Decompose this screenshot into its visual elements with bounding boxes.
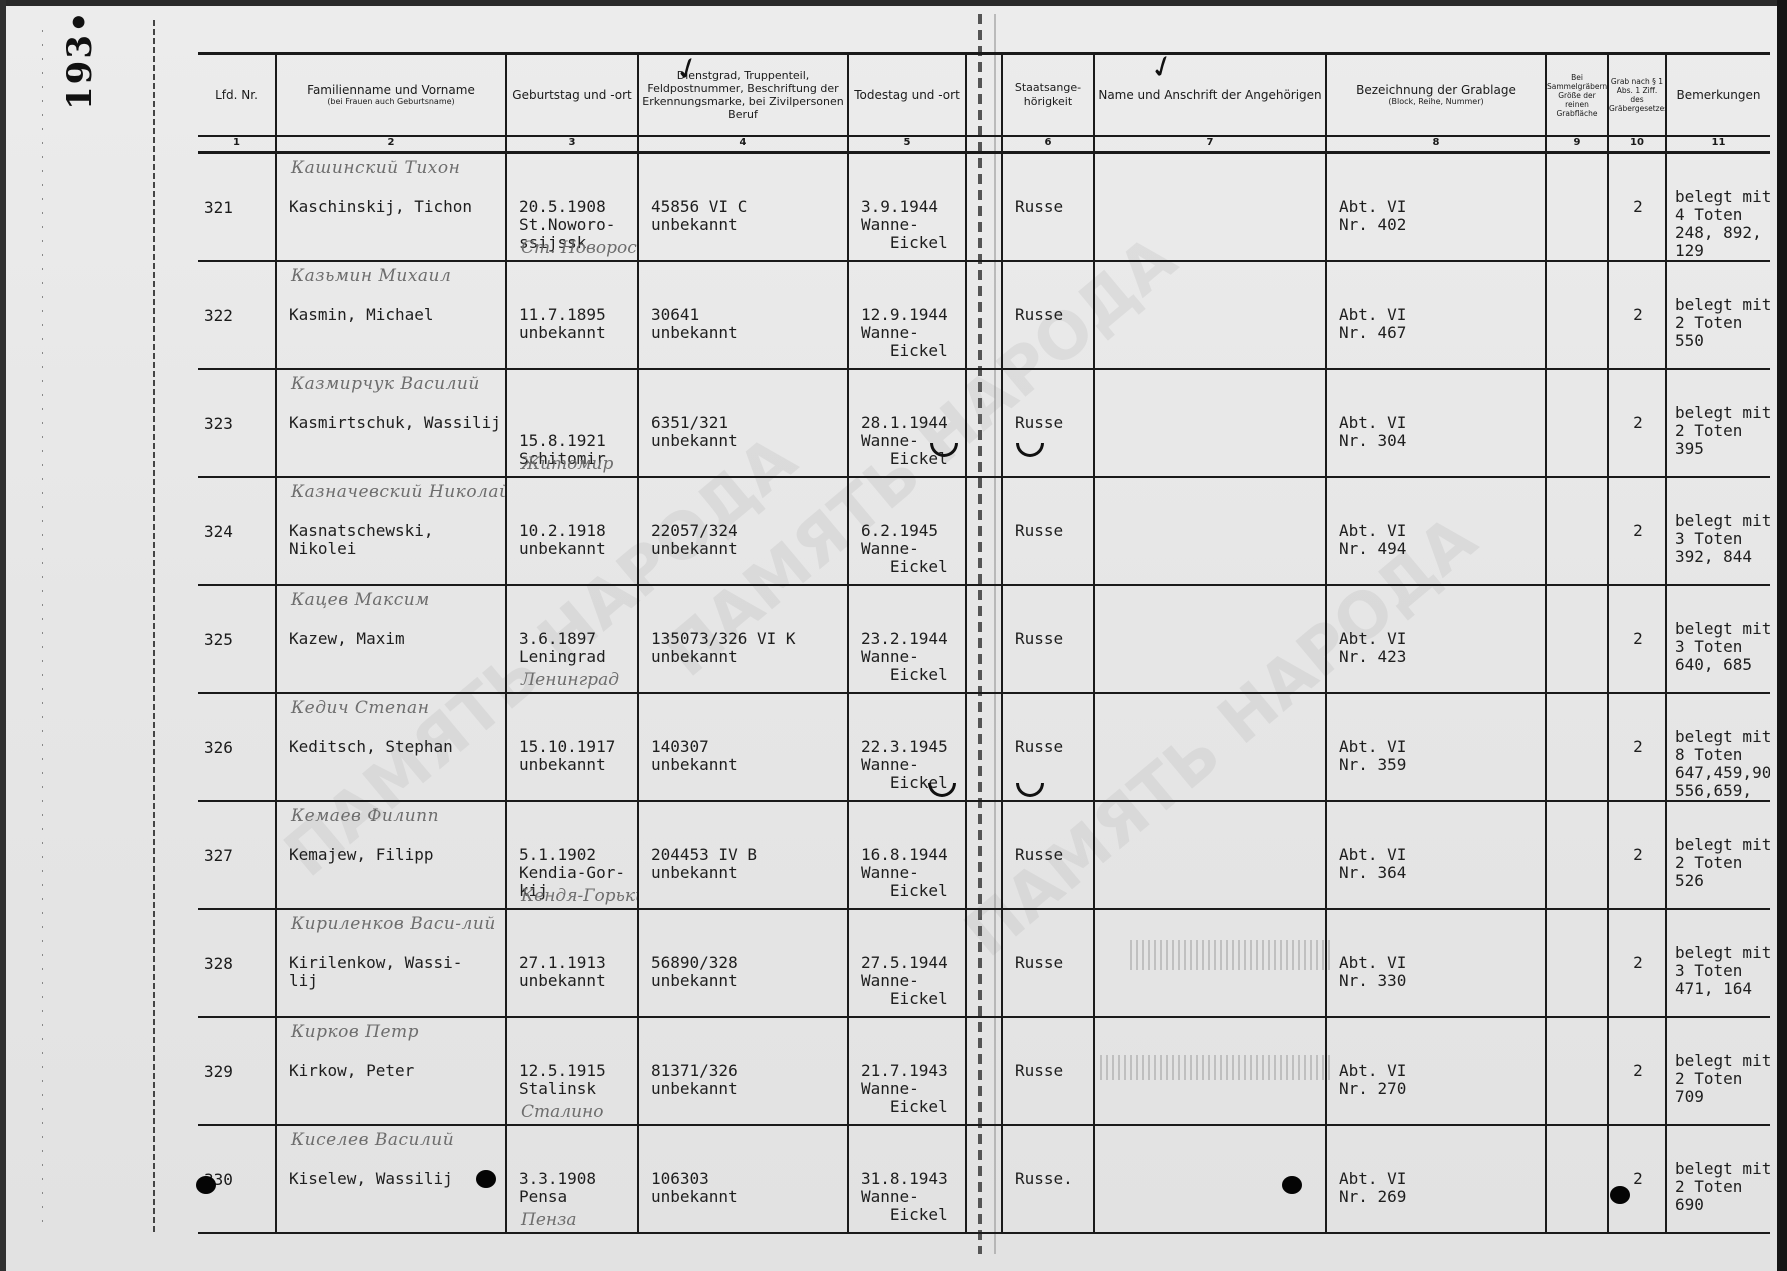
grave-location: Abt. VI Nr. 269	[1339, 1170, 1406, 1206]
col-header-remarks: Bemerkungen	[1666, 54, 1770, 137]
grave-location: Abt. VI Nr. 494	[1339, 522, 1406, 558]
cell-grave-law: 2	[1608, 477, 1666, 585]
death-typed: 23.2.1944 Wanne- Eickel	[861, 630, 948, 684]
death-typed: 27.5.1944 Wanne- Eickel	[861, 954, 948, 1008]
cell-grave-law: 2	[1608, 693, 1666, 801]
cell-birth: 5.1.1902 Kendia-Gor- kijКендя-Горький	[506, 801, 638, 909]
lfd-nr: 324	[204, 522, 271, 541]
fold-gap	[966, 136, 1002, 153]
fold-gap	[966, 477, 1002, 585]
cell-remarks: belegt mit 3 Toten 392, 844	[1666, 477, 1770, 585]
cell-grave: Abt. VI Nr. 269	[1326, 1125, 1546, 1233]
cell-relatives	[1094, 693, 1326, 801]
cell-death: 28.1.1944 Wanne- Eickel	[848, 369, 966, 477]
grave-law-value: 2	[1615, 306, 1661, 324]
cell-remarks: belegt mit 2 Toten 526	[1666, 801, 1770, 909]
fold-gap	[966, 54, 1002, 137]
cell-relatives	[1094, 477, 1326, 585]
fold-gap	[966, 261, 1002, 369]
cell-remarks: belegt mit 2 Toten 709	[1666, 1017, 1770, 1125]
cell-relatives	[1094, 585, 1326, 693]
cell-grave-law: 2	[1608, 261, 1666, 369]
grave-law-value: 2	[1615, 522, 1661, 540]
cell-grave: Abt. VI Nr. 304	[1326, 369, 1546, 477]
unit-typed: 204453 IV B unbekannt	[651, 846, 757, 882]
cell-collective	[1546, 1017, 1608, 1125]
name-handwritten: Казьмин Михаил	[291, 266, 451, 286]
nationality-typed: Russe	[1015, 1062, 1063, 1080]
cell-name: Казначевский НиколайKasnatschewski, Niko…	[276, 477, 506, 585]
remarks-typed: belegt mit 2 Toten 395	[1675, 404, 1770, 458]
cell-name: Кедич СтепанKeditsch, Stephan	[276, 693, 506, 801]
cell-death: 12.9.1944 Wanne- Eickel	[848, 261, 966, 369]
col-num: 9	[1546, 136, 1608, 153]
cell-collective	[1546, 909, 1608, 1017]
name-handwritten: Кемаев Филипп	[291, 806, 439, 826]
fold-gap	[966, 1125, 1002, 1233]
name-typed: Kirilenkow, Wassi- lij	[289, 954, 462, 990]
col-header-name: Familienname und Vorname(bei Frauen auch…	[276, 54, 506, 137]
name-handwritten: Кашинский Тихон	[291, 158, 460, 178]
grave-location: Abt. VI Nr. 359	[1339, 738, 1406, 774]
col-header-unit: Dienstgrad, Truppenteil, Feldpostnummer,…	[638, 54, 848, 137]
cell-unit: 81371/326 unbekannt	[638, 1017, 848, 1125]
remarks-typed: belegt mit 3 Toten 392, 844	[1675, 512, 1770, 566]
cell-birth: 15.8.1921 SchitomirЖитомир	[506, 369, 638, 477]
name-typed: Kiselew, Wassilij	[289, 1170, 453, 1188]
name-typed: Kemajew, Filipp	[289, 846, 434, 864]
remarks-typed: belegt mit 2 Toten 550	[1675, 296, 1770, 350]
cell-remarks: belegt mit 2 Toten 690	[1666, 1125, 1770, 1233]
col-num: 2	[276, 136, 506, 153]
birth-typed: 10.2.1918 unbekannt	[519, 522, 606, 558]
nationality-typed: Russe.	[1015, 1170, 1073, 1188]
cell-lfd-nr: 321	[198, 153, 276, 262]
cell-birth: 27.1.1913 unbekannt	[506, 909, 638, 1017]
remarks-typed: belegt mit 3 Toten 471, 164	[1675, 944, 1770, 998]
cell-name: Казьмин МихаилKasmin, Michael	[276, 261, 506, 369]
table-row: 322 Казьмин МихаилKasmin, Michael 11.7.1…	[198, 261, 1770, 369]
name-handwritten: Кацев Максим	[291, 590, 430, 610]
cell-lfd-nr: 325	[198, 585, 276, 693]
death-typed: 21.7.1943 Wanne- Eickel	[861, 1062, 948, 1116]
name-typed: Keditsch, Stephan	[289, 738, 453, 756]
cell-nationality: Russe	[1002, 369, 1094, 477]
grave-location: Abt. VI Nr. 270	[1339, 1062, 1406, 1098]
col-num: 10	[1608, 136, 1666, 153]
table-row: 321 Кашинский ТихонKaschinskij, Tichon 2…	[198, 153, 1770, 262]
unit-typed: 135073/326 VI K unbekannt	[651, 630, 796, 666]
name-handwritten: Кирков Петр	[291, 1022, 419, 1042]
col-header-relatives: Name und Anschrift der Angehörigen	[1094, 54, 1326, 137]
grave-location: Abt. VI Nr. 467	[1339, 306, 1406, 342]
cell-collective	[1546, 585, 1608, 693]
cell-lfd-nr: 329	[198, 1017, 276, 1125]
nationality-typed: Russe	[1015, 630, 1063, 648]
cell-death: 27.5.1944 Wanne- Eickel	[848, 909, 966, 1017]
grave-law-value: 2	[1615, 414, 1661, 432]
birth-typed: 11.7.1895 unbekannt	[519, 306, 606, 342]
cell-unit: 6351/321 unbekannt	[638, 369, 848, 477]
table-row: 325 Кацев МаксимKazew, Maxim 3.6.1897 Le…	[198, 585, 1770, 693]
table-row: 328 Кириленков Васи-лийKirilenkow, Wassi…	[198, 909, 1770, 1017]
cell-nationality: Russe	[1002, 801, 1094, 909]
cell-grave: Abt. VI Nr. 359	[1326, 693, 1546, 801]
scan-smudge	[1130, 940, 1330, 970]
cell-remarks: belegt mit 2 Toten 550	[1666, 261, 1770, 369]
lfd-nr: 329	[204, 1062, 271, 1081]
grave-location: Abt. VI Nr. 364	[1339, 846, 1406, 882]
cell-collective	[1546, 801, 1608, 909]
cell-grave: Abt. VI Nr. 364	[1326, 801, 1546, 909]
cell-death: 23.2.1944 Wanne- Eickel	[848, 585, 966, 693]
cell-unit: 22057/324 unbekannt	[638, 477, 848, 585]
cell-grave: Abt. VI Nr. 467	[1326, 261, 1546, 369]
nationality-typed: Russe	[1015, 738, 1063, 756]
cell-grave-law: 2	[1608, 1125, 1666, 1233]
cell-grave-law: 2	[1608, 1017, 1666, 1125]
name-typed: Kazew, Maxim	[289, 630, 405, 648]
col-header-lfd-nr: Lfd. Nr.	[198, 54, 276, 137]
cell-name: Казмирчук ВасилийKasmirtschuk, Wassilij	[276, 369, 506, 477]
punch-hole-icon	[1610, 1186, 1630, 1204]
col-num: 5	[848, 136, 966, 153]
death-typed: 12.9.1944 Wanne- Eickel	[861, 306, 948, 360]
name-handwritten: Кедич Степан	[291, 698, 429, 718]
table-row: 327 Кемаев ФилиппKemajew, Filipp 5.1.190…	[198, 801, 1770, 909]
cell-grave: Abt. VI Nr. 423	[1326, 585, 1546, 693]
birth-typed: 27.1.1913 unbekannt	[519, 954, 606, 990]
remarks-typed: belegt mit 3 Toten 640, 685	[1675, 620, 1770, 674]
cell-unit: 45856 VI C unbekannt	[638, 153, 848, 262]
grave-register-table: Lfd. Nr. Familienname und Vorname(bei Fr…	[198, 52, 1770, 1234]
cell-death: 31.8.1943 Wanne- Eickel	[848, 1125, 966, 1233]
cell-relatives	[1094, 801, 1326, 909]
table-row: 324 Казначевский НиколайKasnatschewski, …	[198, 477, 1770, 585]
grave-location: Abt. VI Nr. 330	[1339, 954, 1406, 990]
register-rows: 321 Кашинский ТихонKaschinskij, Tichon 2…	[198, 153, 1770, 1234]
scanned-document-page: 193• ПАМЯТЬ НАРОДА ПАМЯТЬ НАРОДА ПАМЯТЬ …	[0, 0, 1787, 1271]
name-handwritten: Кириленков Васи-лий	[291, 914, 496, 934]
cell-death: 6.2.1945 Wanne- Eickel	[848, 477, 966, 585]
table-row: 326 Кедич СтепанKeditsch, Stephan 15.10.…	[198, 693, 1770, 801]
unit-typed: 22057/324 unbekannt	[651, 522, 738, 558]
name-handwritten: Киселев Василий	[291, 1130, 454, 1150]
fold-gap	[966, 693, 1002, 801]
remarks-typed: belegt mit 2 Toten 526	[1675, 836, 1770, 890]
unit-typed: 6351/321 unbekannt	[651, 414, 738, 450]
grave-law-value: 2	[1615, 954, 1661, 972]
cell-grave-law: 2	[1608, 909, 1666, 1017]
col-num: 11	[1666, 136, 1770, 153]
lfd-nr: 323	[204, 414, 271, 433]
nationality-typed: Russe	[1015, 198, 1063, 216]
death-typed: 31.8.1943 Wanne- Eickel	[861, 1170, 948, 1224]
cell-remarks: belegt mit 3 Toten 640, 685	[1666, 585, 1770, 693]
cell-grave-law: 2	[1608, 585, 1666, 693]
fold-gap	[966, 1017, 1002, 1125]
fold-gap	[966, 153, 1002, 262]
binding-holes-dots	[42, 30, 43, 1230]
nationality-typed: Russe	[1015, 522, 1063, 540]
col-num: 8	[1326, 136, 1546, 153]
nationality-typed: Russe	[1015, 846, 1063, 864]
cell-collective	[1546, 261, 1608, 369]
fold-gap	[966, 909, 1002, 1017]
birth-handwritten: Ст. Новороссийск	[521, 238, 638, 258]
scan-smudge	[1100, 1055, 1330, 1080]
cell-unit: 30641 unbekannt	[638, 261, 848, 369]
birth-typed: 3.6.1897 Leningrad	[519, 630, 606, 666]
unit-typed: 106303 unbekannt	[651, 1170, 738, 1206]
unit-typed: 45856 VI C unbekannt	[651, 198, 747, 234]
punch-hole-icon	[196, 1176, 216, 1194]
cell-unit: 140307 unbekannt	[638, 693, 848, 801]
nationality-typed: Russe	[1015, 954, 1063, 972]
cell-birth: 10.2.1918 unbekannt	[506, 477, 638, 585]
birth-handwritten: Житомир	[521, 454, 613, 474]
death-typed: 3.9.1944 Wanne- Eickel	[861, 198, 948, 252]
fold-gap	[966, 801, 1002, 909]
cell-death: 3.9.1944 Wanne- Eickel	[848, 153, 966, 262]
name-typed: Kasmirtschuk, Wassilij	[289, 414, 501, 432]
cell-birth: 3.3.1908 PensaПенза	[506, 1125, 638, 1233]
remarks-typed: belegt mit 8 Toten 647,459,909 556,659, …	[1675, 728, 1770, 801]
birth-handwritten: Сталино	[521, 1102, 603, 1122]
cell-relatives	[1094, 261, 1326, 369]
column-header-row: Lfd. Nr. Familienname und Vorname(bei Fr…	[198, 54, 1770, 137]
unit-typed: 30641 unbekannt	[651, 306, 738, 342]
name-typed: Kirkow, Peter	[289, 1062, 414, 1080]
remarks-typed: belegt mit 2 Toten 690	[1675, 1160, 1770, 1214]
cell-remarks: belegt mit 2 Toten 395	[1666, 369, 1770, 477]
grave-location: Abt. VI Nr. 304	[1339, 414, 1406, 450]
lfd-nr: 327	[204, 846, 271, 865]
cell-birth: 12.5.1915 StalinskСталино	[506, 1017, 638, 1125]
cell-remarks: belegt mit 4 Toten 248, 892, 129	[1666, 153, 1770, 262]
cell-unit: 106303 unbekannt	[638, 1125, 848, 1233]
lfd-nr: 321	[204, 198, 271, 217]
cell-unit: 204453 IV B unbekannt	[638, 801, 848, 909]
cell-grave: Abt. VI Nr. 270	[1326, 1017, 1546, 1125]
table-row: 330 Киселев ВасилийKiselew, Wassilij 3.3…	[198, 1125, 1770, 1233]
cell-remarks: belegt mit 8 Toten 647,459,909 556,659, …	[1666, 693, 1770, 801]
binding-margin-line	[153, 20, 155, 1235]
cell-name: Кацев МаксимKazew, Maxim	[276, 585, 506, 693]
cell-collective	[1546, 153, 1608, 262]
col-num: 3	[506, 136, 638, 153]
col-num: 7	[1094, 136, 1326, 153]
cell-collective	[1546, 477, 1608, 585]
nationality-typed: Russe	[1015, 414, 1063, 432]
unit-typed: 140307 unbekannt	[651, 738, 738, 774]
cell-remarks: belegt mit 3 Toten 471, 164	[1666, 909, 1770, 1017]
cell-name: Кирков ПетрKirkow, Peter	[276, 1017, 506, 1125]
cell-grave-law: 2	[1608, 369, 1666, 477]
scan-edge-top	[0, 0, 1787, 6]
col-header-grave-law: Grab nach § 1 Abs. 1 Ziff. des Gräberges…	[1608, 54, 1666, 137]
col-header-nationality: Staatsange-hörigkeit	[1002, 54, 1094, 137]
name-handwritten: Казмирчук Василий	[291, 374, 480, 394]
cell-name: Киселев ВасилийKiselew, Wassilij	[276, 1125, 506, 1233]
cell-lfd-nr: 327	[198, 801, 276, 909]
birth-handwritten: Кендя-Горький	[521, 886, 638, 906]
cell-birth: 11.7.1895 unbekannt	[506, 261, 638, 369]
fold-gap	[966, 369, 1002, 477]
cell-birth: 15.10.1917 unbekannt	[506, 693, 638, 801]
cell-lfd-nr: 324	[198, 477, 276, 585]
cell-relatives	[1094, 153, 1326, 262]
col-header-collective: Bei Sammelgräbern Größe der reinen Grabf…	[1546, 54, 1608, 137]
remarks-typed: belegt mit 4 Toten 248, 892, 129	[1675, 188, 1770, 260]
cell-nationality: Russe.	[1002, 1125, 1094, 1233]
col-num: 6	[1002, 136, 1094, 153]
punch-hole-icon	[476, 1170, 496, 1188]
cell-nationality: Russe	[1002, 153, 1094, 262]
death-typed: 28.1.1944 Wanne- Eickel	[861, 414, 948, 468]
cell-collective	[1546, 693, 1608, 801]
nationality-typed: Russe	[1015, 306, 1063, 324]
column-number-row: 1 2 3 4 5 6 7 8 9 10 11	[198, 136, 1770, 153]
cell-nationality: Russe	[1002, 261, 1094, 369]
cell-grave: Abt. VI Nr. 494	[1326, 477, 1546, 585]
cell-birth: 3.6.1897 LeningradЛенинград	[506, 585, 638, 693]
cell-lfd-nr: 328	[198, 909, 276, 1017]
grave-law-value: 2	[1615, 1062, 1661, 1080]
table-row: 329 Кирков ПетрKirkow, Peter 12.5.1915 S…	[198, 1017, 1770, 1125]
cell-grave-law: 2	[1608, 153, 1666, 262]
birth-typed: 12.5.1915 Stalinsk	[519, 1062, 606, 1098]
name-typed: Kasnatschewski, Nikolei	[289, 522, 434, 558]
col-num: 4	[638, 136, 848, 153]
scan-edge-right	[1777, 0, 1787, 1271]
scan-edge-left	[0, 0, 6, 1271]
cell-nationality: Russe	[1002, 909, 1094, 1017]
cell-collective	[1546, 369, 1608, 477]
name-typed: Kasmin, Michael	[289, 306, 434, 324]
col-header-birth: Geburtstag und -ort	[506, 54, 638, 137]
unit-typed: 56890/328 unbekannt	[651, 954, 738, 990]
grave-law-value: 2	[1615, 738, 1661, 756]
col-num: 1	[198, 136, 276, 153]
birth-typed: 3.3.1908 Pensa	[519, 1170, 596, 1206]
birth-typed: 15.10.1917 unbekannt	[519, 738, 615, 774]
remarks-typed: belegt mit 2 Toten 709	[1675, 1052, 1770, 1106]
death-typed: 16.8.1944 Wanne- Eickel	[861, 846, 948, 900]
cell-name: Кашинский ТихонKaschinskij, Tichon	[276, 153, 506, 262]
cell-grave: Abt. VI Nr. 402	[1326, 153, 1546, 262]
death-typed: 6.2.1945 Wanne- Eickel	[861, 522, 948, 576]
cell-name: Кемаев ФилиппKemajew, Filipp	[276, 801, 506, 909]
birth-handwritten: Ленинград	[521, 670, 619, 690]
cell-death: 16.8.1944 Wanne- Eickel	[848, 801, 966, 909]
grave-location: Abt. VI Nr. 423	[1339, 630, 1406, 666]
punch-hole-icon	[1282, 1176, 1302, 1194]
cell-nationality: Russe	[1002, 1017, 1094, 1125]
cell-unit: 135073/326 VI K unbekannt	[638, 585, 848, 693]
grave-law-value: 2	[1615, 846, 1661, 864]
table-row: 323 Казмирчук ВасилийKasmirtschuk, Wassi…	[198, 369, 1770, 477]
cell-nationality: Russe	[1002, 477, 1094, 585]
lfd-nr: 326	[204, 738, 271, 757]
cell-grave-law: 2	[1608, 801, 1666, 909]
cell-name: Кириленков Васи-лийKirilenkow, Wassi- li…	[276, 909, 506, 1017]
lfd-nr: 328	[204, 954, 271, 973]
cell-grave: Abt. VI Nr. 330	[1326, 909, 1546, 1017]
lfd-nr: 325	[204, 630, 271, 649]
birth-handwritten: Пенза	[521, 1210, 577, 1230]
col-header-grave: Bezeichnung der Grablage(Block, Reihe, N…	[1326, 54, 1546, 137]
cell-lfd-nr: 322	[198, 261, 276, 369]
grave-law-value: 2	[1615, 630, 1661, 648]
cell-nationality: Russe	[1002, 585, 1094, 693]
cell-birth: 20.5.1908 St.Noworo- ssijsskСт. Новоросс…	[506, 153, 638, 262]
page-number: 193•	[60, 9, 100, 110]
lfd-nr: 322	[204, 306, 271, 325]
cell-lfd-nr: 323	[198, 369, 276, 477]
name-handwritten: Казначевский Николай	[291, 482, 506, 502]
col-header-death: Todestag und -ort	[848, 54, 966, 137]
cell-collective	[1546, 1125, 1608, 1233]
fold-gap	[966, 585, 1002, 693]
cell-lfd-nr: 326	[198, 693, 276, 801]
name-typed: Kaschinskij, Tichon	[289, 198, 472, 216]
unit-typed: 81371/326 unbekannt	[651, 1062, 738, 1098]
cell-death: 21.7.1943 Wanne- Eickel	[848, 1017, 966, 1125]
cell-unit: 56890/328 unbekannt	[638, 909, 848, 1017]
cell-relatives	[1094, 369, 1326, 477]
grave-law-value: 2	[1615, 198, 1661, 216]
grave-location: Abt. VI Nr. 402	[1339, 198, 1406, 234]
